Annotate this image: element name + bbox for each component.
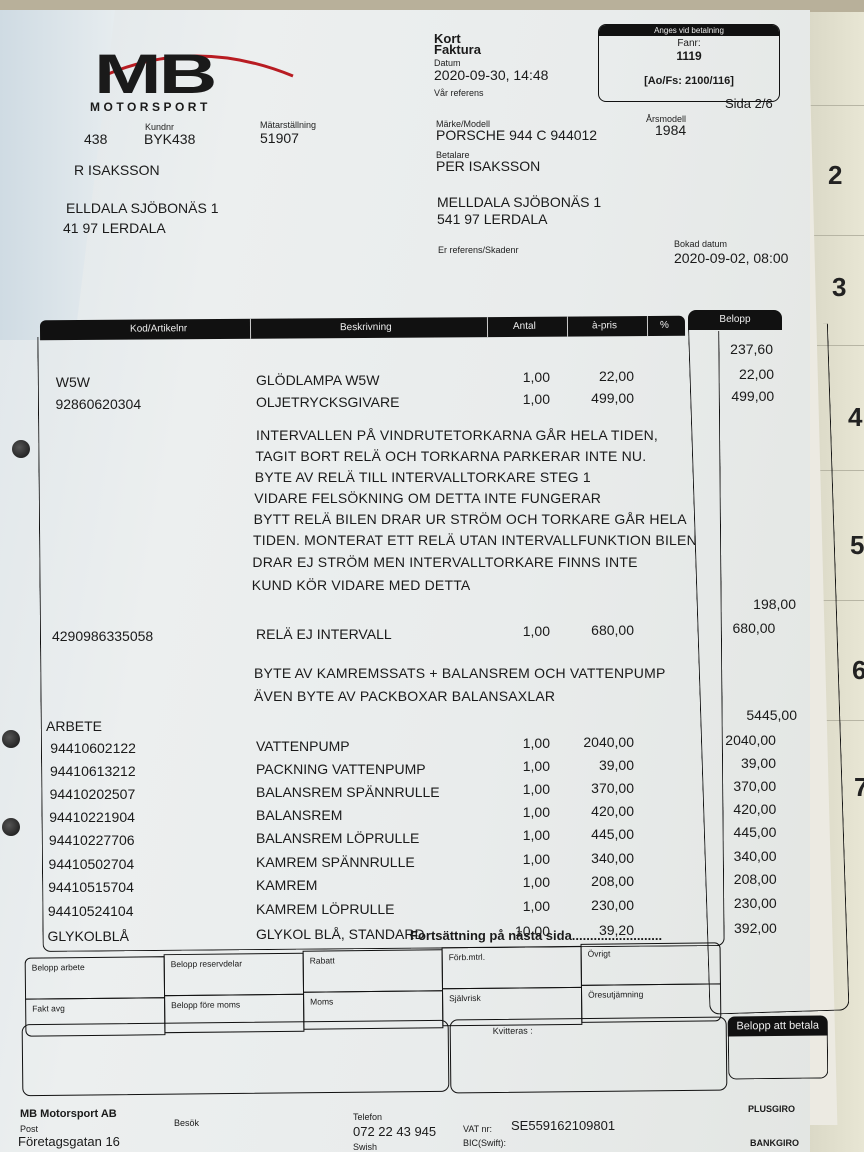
line-item-unit-price: 340,00	[591, 850, 634, 866]
line-item-quantity: 1,00	[523, 874, 550, 890]
footer-bankgiro-label: BANKGIRO	[750, 1138, 799, 1148]
footer-swish-label: Swish	[353, 1142, 377, 1152]
line-item-code: 94410221904	[49, 809, 135, 825]
betalare-value: PER ISAKSSON	[436, 158, 540, 174]
amount-due-value	[728, 1035, 828, 1079]
amount-due-box: Belopp att betala	[728, 1015, 829, 1086]
fanr-label: Fanr:	[599, 38, 779, 49]
work-note-line: INTERVALLEN PÅ VINDRUTETORKARNA GÅR HELA…	[256, 427, 658, 443]
group-subtotal: 237,60	[730, 341, 773, 357]
company-logo: MB MOTORSPORT	[88, 42, 298, 117]
signature-box: Kvitteras :	[450, 1017, 728, 1094]
payment-box-title: Anges vid betalning	[599, 25, 779, 36]
line-item-quantity: 1,00	[523, 827, 550, 843]
continuation-text: Fortsättning på nästa sida..............…	[410, 928, 662, 943]
line-item-description: OLJETRYCKSGIVARE	[256, 394, 399, 410]
binder-hole	[2, 730, 20, 748]
line-item-quantity: 1,00	[523, 851, 550, 867]
binder-tab-6[interactable]: 6	[852, 655, 864, 686]
line-item-unit-price: 420,00	[591, 803, 634, 819]
forb-mtrl-cell: Förb.mtrl.	[442, 946, 582, 989]
logo-motorsport: MOTORSPORT	[90, 100, 211, 114]
line-item-unit-price: 370,00	[591, 780, 634, 796]
col-rabatt-procent: %	[660, 320, 669, 331]
line-item-description: GLYKOL BLÅ, STANDARD	[256, 926, 425, 942]
line-item-unit-price: 445,00	[591, 826, 634, 842]
line-item-code: 94410515704	[48, 879, 134, 895]
work-note-line: VIDARE FELSÖKNING OM DETTA INTE FUNGERAR	[254, 490, 601, 506]
footer-plusgiro-label: PLUSGIRO	[748, 1104, 795, 1114]
line-item-unit-price: 499,00	[591, 390, 634, 406]
footer-bic-label: BIC(Swift):	[463, 1138, 506, 1148]
line-item-description: BALANSREM LÖPRULLE	[256, 830, 419, 846]
binder-tab-2[interactable]: 2	[828, 160, 842, 191]
footer-telefon-label: Telefon	[353, 1112, 382, 1122]
footer-besok-label: Besök	[174, 1118, 199, 1128]
belopp-column-frame	[688, 324, 850, 1015]
logo-mb: MB	[94, 48, 214, 100]
line-item-code: 94410602122	[50, 740, 136, 756]
work-note-line: KUND KÖR VIDARE MED DETTA	[252, 577, 471, 593]
belopp-arbete-cell: Belopp arbete	[25, 956, 165, 999]
notes-box	[22, 1020, 450, 1096]
marke-modell-value: PORSCHE 944 C 944012	[436, 127, 597, 143]
belopp-reservdelar-cell: Belopp reservdelar	[164, 953, 304, 996]
line-item-unit-price: 208,00	[591, 873, 634, 889]
footer-post-address: Företagsgatan 16	[18, 1134, 120, 1149]
line-item-quantity: 1,00	[523, 623, 550, 639]
col-beskrivning: Beskrivning	[340, 322, 392, 333]
binder-tab-7[interactable]: 7	[854, 772, 864, 803]
line-item-amount: 370,00	[733, 778, 776, 794]
line-item-amount: 499,00	[731, 388, 774, 404]
line-item-amount: 208,00	[734, 871, 777, 887]
line-item-amount: 39,00	[741, 755, 776, 771]
page-number: Sida 2/6	[725, 96, 773, 111]
work-note-line: ÄVEN BYTE AV PACKBOXAR BALANSAXLAR	[254, 688, 555, 704]
doc-type-line2: Faktura	[434, 44, 481, 56]
matarstallning-label: Mätarställning	[260, 120, 316, 130]
line-item-unit-price: 230,00	[591, 897, 634, 913]
line-item-amount: 230,00	[734, 895, 777, 911]
er-referens-label: Er referens/Skadenr	[438, 245, 519, 255]
line-item-amount: 2040,00	[725, 732, 776, 748]
binder-hole	[2, 818, 20, 836]
line-item-description: KAMREM LÖPRULLE	[256, 901, 394, 917]
line-item-code: 94410502704	[49, 856, 135, 872]
line-item-quantity: 1,00	[523, 391, 550, 407]
line-item-description: KAMREM SPÄNNRULLE	[256, 854, 415, 870]
work-note-line: BYTE AV RELÄ TILL INTERVALLTORKARE STEG …	[255, 469, 591, 485]
col-kod: Kod/Artikelnr	[130, 323, 187, 334]
line-item-quantity: 1,00	[523, 804, 550, 820]
arsmodell-value: 1984	[655, 122, 686, 138]
line-item-unit-price: 680,00	[591, 622, 634, 638]
bokad-datum-label: Bokad datum	[674, 239, 727, 249]
payment-reference-box: Anges vid betalning Fanr: 1119 [Ao/Fs: 2…	[598, 24, 780, 102]
line-item-description: VATTENPUMP	[256, 738, 350, 754]
matarstallning-value: 51907	[260, 130, 299, 146]
line-item-code: W5W	[56, 374, 90, 390]
binder-tab-5[interactable]: 5	[850, 530, 864, 561]
line-item-description: PACKNING VATTENPUMP	[256, 761, 426, 777]
line-item-description: RELÄ EJ INTERVALL	[256, 626, 392, 642]
belopp-att-betala-label: Belopp att betala	[728, 1015, 828, 1036]
line-item-code: 94410227706	[49, 832, 135, 848]
line-item-amount: 340,00	[734, 848, 777, 864]
footer-vat: SE559162109801	[511, 1118, 615, 1133]
ovrigt-cell: Övrigt	[581, 942, 721, 985]
work-note-line: TIDEN. MONTERAT ETT RELÄ UTAN INTERVALLF…	[253, 532, 697, 548]
line-item-amount: 22,00	[739, 366, 774, 382]
kundnr-value: BYK438	[144, 131, 195, 147]
customer-address-partial: ELLDALA SJÖBONÄS 1	[66, 200, 219, 216]
ao-fs-value: [Ao/Fs: 2100/116]	[599, 75, 779, 87]
payer-address: MELLDALA SJÖBONÄS 1	[437, 194, 601, 210]
line-item-unit-price: 39,00	[599, 757, 634, 773]
labor-code: ARBETE	[46, 718, 102, 734]
line-item-code: 4290986335058	[52, 628, 153, 644]
customer-postal-partial: 41 97 LERDALA	[63, 220, 166, 236]
var-referens-label: Vår referens	[434, 88, 484, 98]
line-item-quantity: 1,00	[523, 735, 550, 751]
line-item-code: 94410524104	[48, 903, 134, 919]
line-item-unit-price: 22,00	[599, 368, 634, 384]
footer-vat-label: VAT nr:	[463, 1124, 492, 1134]
labor-amount: 5445,00	[746, 707, 797, 723]
line-item-code: 94410202507	[50, 786, 136, 802]
footer-company-name: MB Motorsport AB	[20, 1108, 117, 1120]
line-item-code: 94410613212	[50, 763, 136, 779]
col-a-pris: à-pris	[592, 320, 617, 331]
rabatt-cell: Rabatt	[303, 949, 443, 992]
binder-tab-3[interactable]: 3	[832, 272, 846, 303]
line-item-amount: 420,00	[733, 801, 776, 817]
line-item-quantity: 1,00	[523, 898, 550, 914]
line-item-quantity: 1,00	[523, 758, 550, 774]
line-item-description: GLÖDLAMPA W5W	[256, 372, 379, 388]
tab-divider	[806, 105, 864, 106]
work-note-line: TAGIT BORT RELÄ OCH TORKARNA PARKERAR IN…	[255, 448, 646, 464]
line-item-amount: 680,00	[733, 620, 776, 636]
line-item-description: KAMREM	[256, 877, 317, 893]
line-item-amount: 392,00	[734, 920, 777, 936]
line-item-unit-price: 2040,00	[583, 734, 634, 750]
customer-name-partial: R ISAKSSON	[74, 162, 160, 178]
line-item-description: BALANSREM	[256, 807, 342, 823]
binder-hole	[12, 440, 30, 458]
line-item-amount: 445,00	[734, 824, 777, 840]
footer-post-label: Post	[20, 1124, 38, 1134]
bokad-datum-value: 2020-09-02, 08:00	[674, 250, 788, 266]
line-item-description: BALANSREM SPÄNNRULLE	[256, 784, 440, 800]
binder-tab-4[interactable]: 4	[848, 402, 862, 433]
col-antal: Antal	[513, 321, 536, 332]
fanr-value: 1119	[599, 49, 779, 63]
line-item-code: 92860620304	[55, 396, 141, 412]
kvitteras-label: Kvitteras :	[493, 1026, 533, 1036]
work-note-line: BYTT RELÄ BILEN DRAR UR STRÖM OCH TORKAR…	[254, 511, 687, 527]
tab-divider	[806, 235, 864, 236]
payer-postal: 541 97 LERDALA	[437, 211, 548, 227]
line-item-quantity: 1,00	[523, 781, 550, 797]
work-note-line: BYTE AV KAMREMSSATS + BALANSREM OCH VATT…	[254, 665, 666, 681]
work-note-line: DRAR EJ STRÖM MEN INTERVALLTORKARE FINNS…	[252, 554, 637, 570]
footer-telefon: 072 22 43 945	[353, 1124, 436, 1139]
line-item-quantity: 1,00	[523, 369, 550, 385]
group-subtotal: 198,00	[753, 596, 796, 612]
datum-value: 2020-09-30, 14:48	[434, 67, 548, 83]
reg-number-partial: 438	[84, 131, 107, 147]
line-item-code: GLYKOLBLÅ	[47, 928, 128, 944]
